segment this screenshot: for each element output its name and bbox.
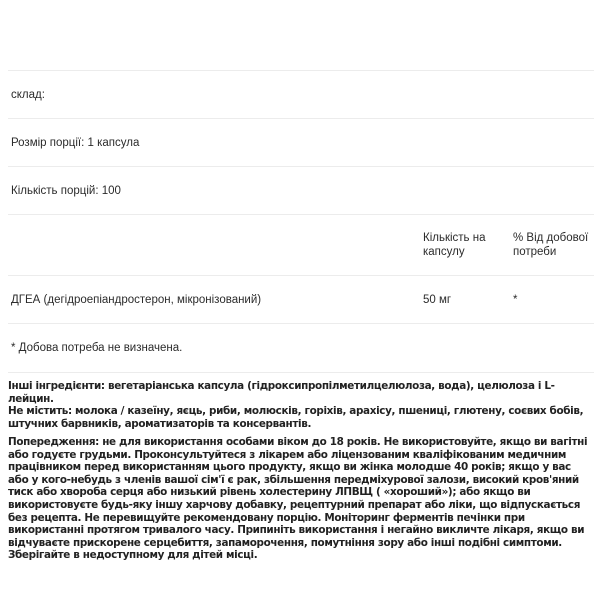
ingredient-amount: 50 мг [423,293,513,307]
facts-heading: склад: [8,70,594,118]
ingredient-name: ДГЕА (дегідроепіандростерон, мікронізова… [11,293,423,307]
divider [8,372,594,373]
column-header-daily-value: % Від добової потреби [513,231,594,259]
ingredient-daily-value: * [513,293,594,307]
serving-size-row: Розмір порції: 1 капсула [8,118,594,166]
column-header-amount: Кількість на капсулу [423,231,513,259]
servings-per-container: Кількість порцій: 100 [11,184,121,198]
serving-size: Розмір порції: 1 капсула [11,136,139,150]
table-header: Кількість на капсулу % Від добової потре… [8,214,594,275]
warning-text: Попередження: не для використання особам… [8,436,592,562]
footnote-row: * Добова потреба не визначена. [8,323,594,372]
free-of-allergens: Не містить: молока / казеїну, яєць, риби… [8,405,592,430]
facts-heading-text: склад: [11,88,45,102]
other-ingredients: Інші інгредієнти: вегетаріанська капсула… [8,380,592,405]
supplement-facts: склад: Розмір порції: 1 капсула Кількіст… [8,70,594,373]
table-row: ДГЕА (дегідроепіандростерон, мікронізова… [8,275,594,323]
servings-per-container-row: Кількість порцій: 100 [8,166,594,214]
footnote: * Добова потреба не визначена. [11,341,182,355]
